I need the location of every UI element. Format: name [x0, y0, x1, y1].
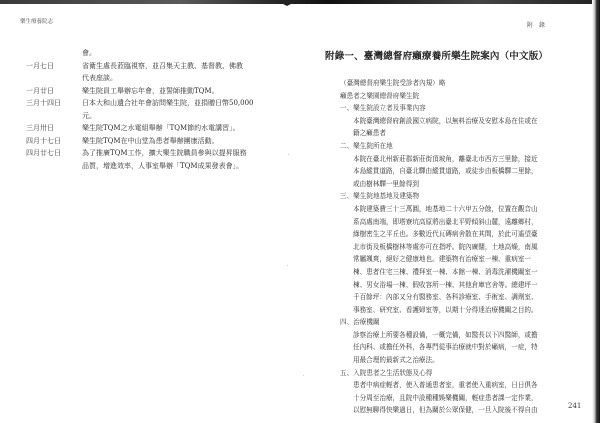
- body-line: 綠樹密生之平丘也。多數近代瓦磚病舍散在其間，於此可遙望臺: [353, 228, 558, 241]
- entry-line: 樂生院TQM之水電組舉辦「TQM節約水電講習」。: [82, 122, 256, 135]
- body-line: 患者中病症輕者，使入普通患者室，重者使入重病室，日日俱各: [353, 379, 558, 392]
- entry-description: 省衛生處長蒞臨視察，並召集天主教、基督教、佛教 代表座談。: [82, 60, 256, 85]
- scan-top-shadow: [0, 0, 600, 4]
- entry-date: 一月七日: [26, 60, 82, 85]
- section-5: 五、入院患者之生活狀態及心得 患者中病症輕者，使入普通患者室，重者使入重病室，日…: [325, 367, 565, 417]
- entry-description: 日本大和山遺合社年會訪問樂生院，並捐贈日幣50,000 元。: [82, 97, 256, 122]
- scan-speck: [288, 154, 289, 155]
- entry-line: 為了推廣TQM工作，擴大樂生院職員參與以提昇服務: [82, 147, 256, 160]
- entry-description: 會。: [82, 47, 256, 60]
- entry-line: 元。: [82, 110, 256, 123]
- body-line: 十分周至治療，且院中設種種娛樂機關，輕症患者課一定作業，: [353, 392, 558, 405]
- body-line: 系高處南端，即塔寮坑高原將出臺北平野傾斜山麓，遠離鄉村，: [353, 216, 558, 229]
- section-body: 本院在臺北州新莊郡新莊街頂坡角，離臺北市西方三里餘，接近 本島縱貫道路，自臺北驛…: [325, 153, 558, 191]
- intro-line: （臺灣總督府樂生院受診者內規）略: [325, 77, 565, 90]
- body-line: 或由樹林驛一里餘得到: [353, 178, 558, 191]
- section-heading: 三、樂生院地基地及建築物: [325, 190, 565, 203]
- section-heading: 五、入院患者之生活狀態及心得: [325, 367, 565, 380]
- entry-line: 會。: [82, 47, 256, 60]
- body-line: 用最合理的最新式之治療法。: [353, 354, 558, 367]
- running-head-right: 附錄: [527, 20, 551, 29]
- body-line: 診察治療上所要各種設備，一概完備，如醫長以下四醫師，或擔: [353, 329, 558, 342]
- appendix-title: 附錄一、臺灣總督府癩療養所樂生院案內（中文版）: [325, 48, 565, 62]
- entry-line: 品質，增進效率，人事室舉辦「TQM成果發表會」。: [82, 160, 256, 173]
- chronology-entry: 四月廿七日 為了推廣TQM工作，擴大樂生院職員參與以提昇服務 品質，增進效率，人…: [26, 147, 256, 172]
- entry-description: 樂生院員工舉辦忘年會，並誓師推動TQM。: [82, 85, 256, 98]
- entry-date: [26, 47, 82, 60]
- body-line: 本島縱貫道路，自臺北驛由縱貫道路，或徒步由板橋驛二里餘，: [353, 165, 558, 178]
- body-line: 任內科、或擔任外科，各專門從事治療就中對於癩病，一症，特: [353, 341, 558, 354]
- entry-line: 樂生院員工舉辦忘年會，並誓師推動TQM。: [82, 85, 256, 98]
- page-number: 241: [568, 402, 581, 410]
- body-line: 千百餘坪：內部又分有醫務室、各科診療室、手術室、調劑室、: [353, 291, 558, 304]
- chronology-entry: 一月廿日 樂生院員工舉辦忘年會，並誓師推動TQM。: [26, 85, 256, 98]
- chronology-entry: 一月七日 省衛生處長蒞臨視察，並召集天主教、基督教、佛教 代表座談。: [26, 60, 256, 85]
- body-line: 棟、患者住宅三棟、禮拜室一棟、本館一棟、消毒洗濯機關室一: [353, 266, 558, 279]
- section-heading: 一、樂生院設立者及事業內容: [325, 102, 565, 115]
- body-line: 北市街及板橋樹林等處亦可在指呼。院內廣闊，土地高燥，南風: [353, 241, 558, 254]
- running-head-left: 樂生療養院志: [20, 17, 53, 25]
- right-page-appendix: 附錄一、臺灣總督府癩療養所樂生院案內（中文版） （臺灣總督府樂生院受診者內規）略…: [325, 48, 565, 417]
- section-2: 二、樂生院所在地 本院在臺北州新莊郡新莊街頂坡角，離臺北市西方三里餘，接近 本島…: [325, 140, 565, 190]
- body-line: 本院在臺北州新莊郡新莊街頂坡角，離臺北市西方三里餘，接近: [353, 153, 558, 166]
- scan-right-edge-shadow: [592, 0, 600, 423]
- entry-date: 四月廿七日: [26, 147, 82, 172]
- book-spine-shadow: [279, 2, 295, 6]
- body-line: 本院建築費三十三萬圓，地基地二十六甲五分餘，位置在觀音山: [353, 203, 558, 216]
- body-line: 籍之癩患者: [353, 127, 558, 140]
- entry-line: 樂生院TQM在中山堂為患者舉辦團康活動。: [82, 135, 256, 148]
- entry-description: 樂生院TQM之水電組舉辦「TQM節約水電講習」。: [82, 122, 256, 135]
- section-body: 本院臺灣總督府創設國立病院，以無料治療及安慰本島在住或在 籍之癩患者: [325, 115, 558, 140]
- section-heading: 四、治療機關: [325, 316, 565, 329]
- scan-speck: [287, 265, 288, 266]
- intro-line: 癩患者之樂園總督府樂生院: [325, 90, 565, 103]
- section-3: 三、樂生院地基地及建築物 本院建築費三十三萬圓，地基地二十六甲五分餘，位置在觀音…: [325, 190, 565, 316]
- chronology-entry: 四月十七日 樂生院TQM在中山堂為患者舉辦團康活動。: [26, 135, 256, 148]
- chronology-entry: 會。: [26, 47, 256, 60]
- entry-date: 四月十七日: [26, 135, 82, 148]
- section-body: 本院建築費三十三萬圓，地基地二十六甲五分餘，位置在觀音山 系高處南端，即塔寮坑高…: [325, 203, 558, 316]
- section-4: 四、治療機關 診察治療上所要各種設備，一概完備，如醫長以下四醫師，或擔 任內科、…: [325, 316, 565, 366]
- entry-description: 樂生院TQM在中山堂為患者舉辦團康活動。: [82, 135, 256, 148]
- left-page-chronology: 會。 一月七日 省衛生處長蒞臨視察，並召集天主教、基督教、佛教 代表座談。 一月…: [26, 47, 256, 172]
- entry-line: 代表座談。: [82, 72, 256, 85]
- section-body: 診察治療上所要各種設備，一概完備，如醫長以下四醫師，或擔 任內科、或擔任外科，各…: [325, 329, 558, 367]
- entry-date: 一月廿日: [26, 85, 82, 98]
- body-line: 本院臺灣總督府創設國立病院，以無料治療及安慰本島在住或在: [353, 115, 558, 128]
- body-line: 棟、男女浴場一棟、假收容所一棟、其他倉庫官舍等。總建坪一: [353, 279, 558, 292]
- scan-speck: [303, 375, 304, 376]
- entry-date: 三月十四日: [26, 97, 82, 122]
- chronology-entry: 三月十四日 日本大和山遺合社年會訪問樂生院，並捐贈日幣50,000 元。: [26, 97, 256, 122]
- body-line: 以慰無聊得快樂過日，但為關於公眾保健，一旦入院後不得自由: [353, 404, 558, 417]
- section-heading: 二、樂生院所在地: [325, 140, 565, 153]
- body-line: 常屬颯爽，絕好之健康地也。建築物有治療室一棟、重病室一: [353, 253, 558, 266]
- section-body: 患者中病症輕者，使入普通患者室，重者使入重病室，日日俱各 十分周至治療，且院中設…: [325, 379, 558, 417]
- chronology-entry: 三月卅日 樂生院TQM之水電組舉辦「TQM節約水電講習」。: [26, 122, 256, 135]
- entry-date: 三月卅日: [26, 122, 82, 135]
- section-1: 一、樂生院設立者及事業內容 本院臺灣總督府創設國立病院，以無料治療及安慰本島在住…: [325, 102, 565, 140]
- entry-line: 日本大和山遺合社年會訪問樂生院，並捐贈日幣50,000: [82, 97, 256, 110]
- entry-line: 省衛生處長蒞臨視察，並召集天主教、基督教、佛教: [82, 60, 256, 73]
- body-line: 事務室、研究室、看護婦室等，以期十分得達治療機關之目的。: [353, 304, 558, 317]
- entry-description: 為了推廣TQM工作，擴大樂生院職員參與以提昇服務 品質，增進效率，人事室舉辦「T…: [82, 147, 256, 172]
